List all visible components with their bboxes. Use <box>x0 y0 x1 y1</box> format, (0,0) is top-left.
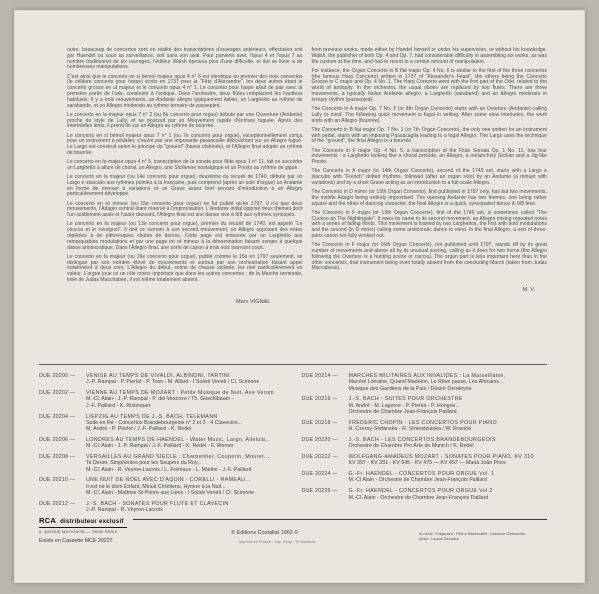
catalog-entry-text: MARCHES MILITAIRES AUX INVALIDES : La Ma… <box>349 373 552 392</box>
paragraph: Le concerto en fa majeur (ou 16e concert… <box>67 255 303 284</box>
album-back-cover: { "columns": { "french": { "paragraphs":… <box>0 0 599 594</box>
catalog-entry: DUE 20202 — VIENNE AU TEMPS DE MOZART : … <box>39 390 289 409</box>
cover-art-credit: Au recto : Fragonard - Fête à Rambouille… <box>419 532 526 543</box>
catalog-number: DUE 20214 — <box>302 373 349 392</box>
paragraph: Le concerto en fa majeur (ou 13e concert… <box>67 222 303 251</box>
paragraph: The Concerto in F major (or 16th Organ C… <box>312 243 548 272</box>
paragraph: Le concerto en la majeur (ou 14e concert… <box>67 175 303 198</box>
paragraph: The Concerto in F major (or 13th Organ C… <box>312 211 548 240</box>
liner-notes: outre, beaucoup de concertos sont en réa… <box>67 48 547 305</box>
catalog-entry: DUE 20226 — G.-Fr. HAENDEL - CONCERTOS P… <box>302 488 552 501</box>
paragraph: Le concerto en fa majeur opus 4 n° 5, tr… <box>67 160 303 172</box>
catalog-number: DUE 20226 — <box>302 488 349 501</box>
catalog-entry-text: VENISE AU TEMPS DE VIVALDI, ALBINONI, TA… <box>86 373 289 386</box>
distributor-label: distributeur exclusif <box>60 519 124 525</box>
catalog-entry: DUE 20222 — WOLFGANG-AMADEUS MOZART - SO… <box>302 454 552 467</box>
english-column: from previous works, made either by Hand… <box>312 48 548 305</box>
catalog-entry: DUE 20204 — LIEPZIG AU TEMPS DE J.-S. BA… <box>39 414 289 433</box>
footer-info: 8, AVENUE MATIGNON — 75008 PARIS Existe … <box>39 529 547 565</box>
catalog-entry-text: LIEPZIG AU TEMPS DE J.-S. BACH, TELEMANN… <box>86 414 289 433</box>
paragraph: The Concerto in D minor (or 15th Organ C… <box>312 190 548 207</box>
catalog-number: DUE 20212 — <box>39 501 86 514</box>
catalog-number: DUE 20200 — <box>39 373 86 386</box>
catalog-entry: DUE 20220 — J.-S. BACH - LES CONCERTOS B… <box>302 437 552 450</box>
author-initials: M. V. <box>312 287 548 293</box>
catalog-number: DUE 20208 — <box>39 454 86 473</box>
catalog-entry: DUE 20218 — FREDERIC CHOPIN - LES CONCER… <box>302 420 552 433</box>
catalog-entry-text: G.-Fr. HAENDEL - CONCERTOS POUR ORGUE Vo… <box>349 488 552 501</box>
paragraph: from previous works, made either by Hand… <box>312 48 548 65</box>
catalog-column-left: DUE 20200 — VENISE AU TEMPS DE VIVALDI, … <box>39 373 289 514</box>
catalog-entry-text: J.-S. BACH - SONATES POUR FLUTE ET CLAVE… <box>86 501 289 514</box>
footer: RCA distributeur exclusif 8, AVENUE MATI… <box>39 515 547 565</box>
cover-sheet: outre, beaucoup de concertos sont en réa… <box>14 10 585 583</box>
catalog-section: DUE 20200 — VENISE AU TEMPS DE VIVALDI, … <box>39 373 551 514</box>
catalog-number: DUE 20204 — <box>39 414 86 433</box>
catalog-number: DUE 20224 — <box>302 471 349 484</box>
catalog-entry: DUE 20224 — G.-Fr. HAENDEL - CONCERTOS P… <box>302 471 552 484</box>
catalog-column-right: DUE 20214 — MARCHES MILITAIRES AUX INVAL… <box>302 373 552 514</box>
catalog-entry-text: J.-S. BACH - LES CONCERTOS BRANDEBOURGEO… <box>349 437 552 450</box>
print-credit: Imprimé en France - Imp. Gény - 92 Asniè… <box>239 540 315 544</box>
catalog-entry: DUE 20206 — LONDRES AU TEMPS DE HAENDEL … <box>39 437 289 450</box>
address-line: 8, AVENUE MATIGNON — 75008 PARIS <box>39 530 117 534</box>
catalog-number: DUE 20206 — <box>39 437 86 450</box>
catalog-entry-text: FREDERIC CHOPIN - LES CONCERTOS POUR PIA… <box>349 420 552 433</box>
catalog-number: DUE 20202 — <box>39 390 86 409</box>
catalog-entry-text: J.-S. BACH - SUITES POUR ORCHESTRE M. An… <box>349 396 552 415</box>
cassette-note: Existe en Cassette MCE 20227 <box>39 538 113 544</box>
catalog-number: DUE 20222 — <box>302 454 349 467</box>
catalog-entry: DUE 20200 — VENISE AU TEMPS DE VIVALDI, … <box>39 373 289 386</box>
catalog-number: DUE 20218 — <box>302 420 349 433</box>
paragraph: outre, beaucoup de concertos sont en réa… <box>67 48 303 71</box>
catalog-number: DUE 20216 — <box>302 396 349 415</box>
paragraph: The Concerto in A major Op. 7 No. 2 (or … <box>312 107 548 124</box>
catalog-entry-text: VIENNE AU TEMPS DE MOZART : Petite Musiq… <box>86 390 289 409</box>
paragraph: C'est ainsi que le concerto en si bémol … <box>67 75 303 110</box>
catalog-entry: DUE 20214 — MARCHES MILITAIRES AUX INVAL… <box>302 373 552 392</box>
rca-distributor-block: RCA distributeur exclusif <box>39 515 127 528</box>
paragraph: Le concerto en si bémol majeur opus 7 n°… <box>67 134 303 157</box>
catalog-entry: DUE 20208 — VERSAILLES AU GRAND SIECLE :… <box>39 454 289 473</box>
catalog-entry-text: VERSAILLES AU GRAND SIECLE : Charpentier… <box>86 454 289 473</box>
author-signature: Marc VIGNAL <box>67 299 303 305</box>
catalog-entry: DUE 20210 — UNE NUIT DE NOEL AVEC D'AQUI… <box>39 477 289 496</box>
paragraph: The Concerto in A major (or 14th Organ C… <box>312 169 548 186</box>
paragraph: Le concerto en la majeur opus 7 n° 2 (ou… <box>67 113 303 130</box>
rca-logo: RCA <box>39 516 56 525</box>
catalog-number: DUE 20220 — <box>302 437 349 450</box>
section-divider <box>39 364 547 365</box>
catalog-entry-text: LONDRES AU TEMPS DE HAENDEL - Water Musi… <box>86 437 289 450</box>
catalog-entry-text: G.-Fr. HAENDEL - CONCERTOS POUR ORGUE Vo… <box>349 471 552 484</box>
footer-rule-row: RCA distributeur exclusif <box>39 515 547 528</box>
catalog-entry: DUE 20216 — J.-S. BACH - SUITES POUR ORC… <box>302 396 552 415</box>
copyright-notice: ℗ Editions Costallat 1962 © <box>231 530 298 536</box>
paragraph: The Concerto in F major Op. 4 No. 5, a t… <box>312 149 548 166</box>
footer-divider <box>133 519 547 520</box>
catalog-number: DUE 20210 — <box>39 477 86 496</box>
paragraph: Le concerto en ré mineur (ou 15e concert… <box>67 202 303 219</box>
catalog-entry-text: UNE NUIT DE NOEL AVEC D'AQUIN - CORELLI … <box>86 477 289 496</box>
catalog-entry: DUE 20212 — J.-S. BACH - SONATES POUR FL… <box>39 501 289 514</box>
french-column: outre, beaucoup de concertos sont en réa… <box>67 48 303 305</box>
catalog-entry-text: WOLFGANG-AMADEUS MOZART - SONATES POUR P… <box>349 454 552 467</box>
paragraph: The Concerto in B flat major Op. 7 No. 1… <box>312 128 548 145</box>
paragraph: For instance, the Organ Concerto in B fl… <box>312 69 548 104</box>
